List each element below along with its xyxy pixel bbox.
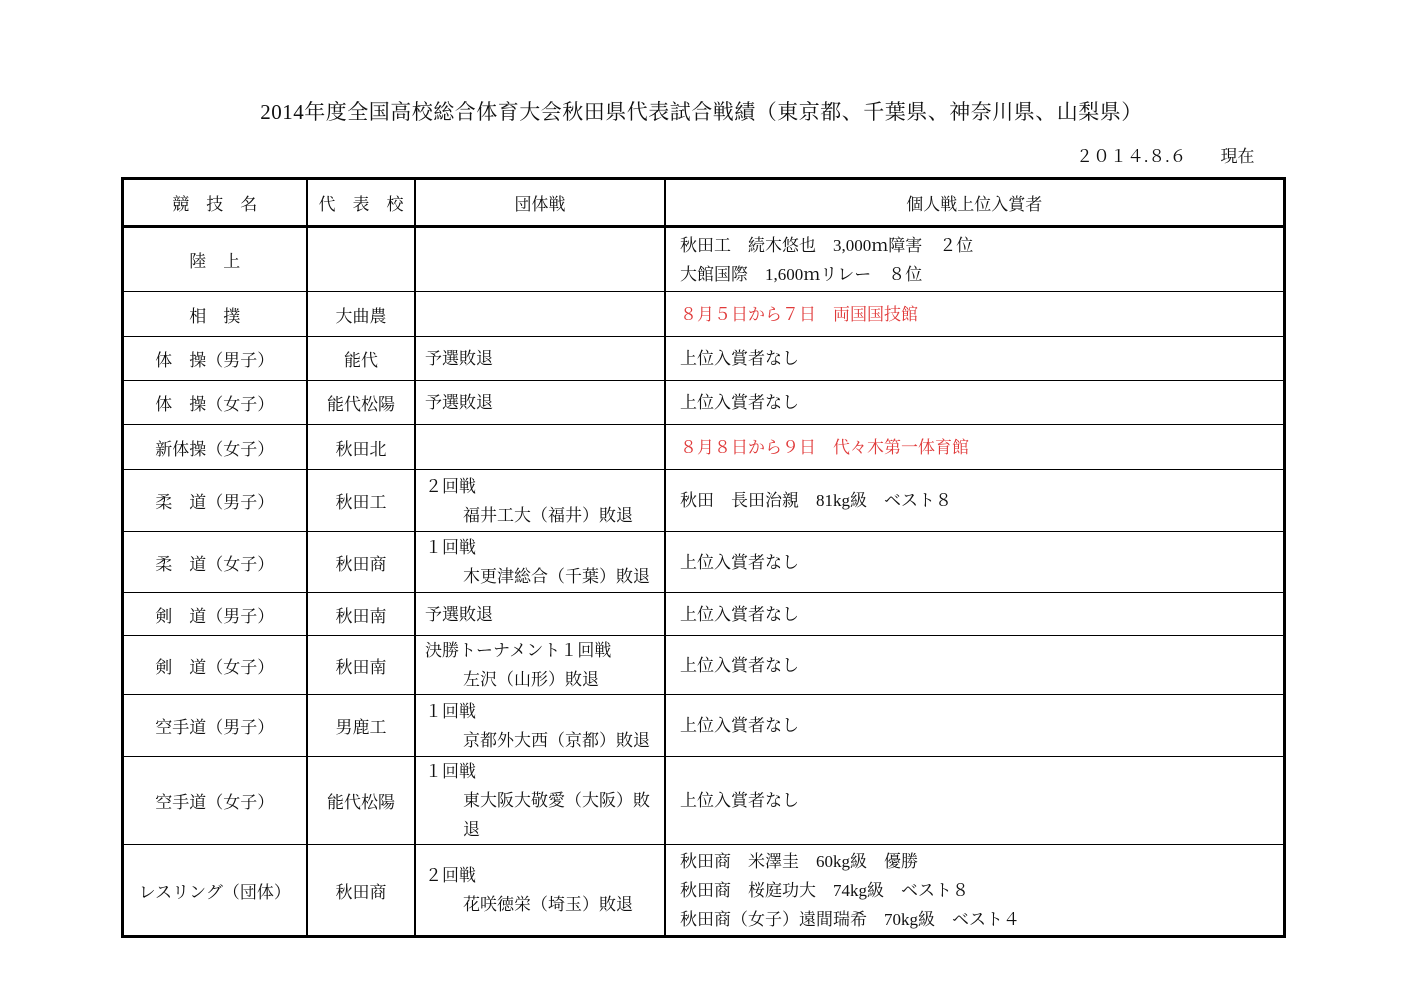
document-page: 2014年度全国高校総合体育大会秋田県代表試合戦績（東京都、千葉県、神奈川県、山… bbox=[0, 0, 1403, 992]
school-cell: 能代 bbox=[307, 337, 415, 381]
team-line: １回戦 bbox=[425, 757, 664, 786]
table-row: 体 操（男子） 能代 予選敗退 上位入賞者なし bbox=[122, 337, 1284, 381]
team-line: 花咲徳栄（埼玉）敗退 bbox=[425, 890, 664, 919]
school-cell: 秋田商 bbox=[307, 532, 415, 593]
school-cell bbox=[307, 227, 415, 292]
table-header: 競 技 名 代 表 校 団体戦 個人戦上位入賞者 bbox=[122, 179, 1284, 227]
individual-line: 秋田商 桜庭功大 74kg級 ベスト８ bbox=[680, 876, 1283, 905]
individual-line: 秋田商（女子）遠間瑞希 70kg級 ベスト４ bbox=[680, 905, 1283, 934]
individual-line: 上位入賞者なし bbox=[680, 548, 1283, 577]
sport-cell: 相 撲 bbox=[122, 292, 307, 337]
sport-cell: レスリング（団体） bbox=[122, 845, 307, 937]
individual-line: 上位入賞者なし bbox=[680, 651, 1283, 680]
table-row: 柔 道（女子） 秋田商 １回戦 木更津総合（千葉）敗退 上位入賞者なし bbox=[122, 532, 1284, 593]
individual-line: 秋田 長田治親 81kg級 ベスト８ bbox=[680, 486, 1283, 515]
sport-cell: 体 操（男子） bbox=[122, 337, 307, 381]
individual-line: 秋田商 米澤圭 60kg級 優勝 bbox=[680, 847, 1283, 876]
individual-line: ８月８日から９日 代々木第一体育館 bbox=[680, 433, 1283, 462]
team-line: 木更津総合（千葉）敗退 bbox=[425, 562, 664, 591]
team-line: 京都外大西（京都）敗退 bbox=[425, 726, 664, 755]
sport-cell: 柔 道（男子） bbox=[122, 470, 307, 532]
sport-cell: 空手道（男子） bbox=[122, 695, 307, 757]
as-of-date: ２０１４.８.６ 現在 bbox=[121, 142, 1283, 167]
team-cell: 決勝トーナメント１回戦 左沢（山形）敗退 bbox=[415, 636, 665, 695]
individual-cell: 秋田商 米澤圭 60kg級 優勝 秋田商 桜庭功大 74kg級 ベスト８ 秋田商… bbox=[665, 845, 1284, 937]
results-table: 競 技 名 代 表 校 団体戦 個人戦上位入賞者 陸 上 秋田工 続木悠也 3,… bbox=[121, 177, 1286, 938]
school-cell: 能代松陽 bbox=[307, 381, 415, 425]
individual-cell: 秋田 長田治親 81kg級 ベスト８ bbox=[665, 470, 1284, 532]
team-line: 福井工大（福井）敗退 bbox=[425, 501, 664, 530]
team-cell bbox=[415, 292, 665, 337]
individual-line: 秋田工 続木悠也 3,000ｍ障害 ２位 bbox=[680, 231, 1283, 260]
sport-cell: 空手道（女子） bbox=[122, 757, 307, 845]
table-row: 空手道（女子） 能代松陽 １回戦 東大阪大敬愛（大阪）敗退 上位入賞者なし bbox=[122, 757, 1284, 845]
table-row: 新体操（女子） 秋田北 ８月８日から９日 代々木第一体育館 bbox=[122, 425, 1284, 470]
team-line: 予選敗退 bbox=[425, 388, 664, 417]
team-line: １回戦 bbox=[425, 697, 664, 726]
school-cell: 男鹿工 bbox=[307, 695, 415, 757]
team-line: 決勝トーナメント１回戦 bbox=[425, 636, 664, 665]
team-line: ２回戦 bbox=[425, 472, 664, 501]
individual-cell: 上位入賞者なし bbox=[665, 337, 1284, 381]
individual-cell: 秋田工 続木悠也 3,000ｍ障害 ２位 大館国際 1,600ｍリレー ８位 bbox=[665, 227, 1284, 292]
individual-cell: 上位入賞者なし bbox=[665, 695, 1284, 757]
header-team-result: 団体戦 bbox=[415, 179, 665, 227]
individual-cell: 上位入賞者なし bbox=[665, 636, 1284, 695]
individual-line: 上位入賞者なし bbox=[680, 786, 1283, 815]
individual-line: 上位入賞者なし bbox=[680, 344, 1283, 373]
sport-cell: 新体操（女子） bbox=[122, 425, 307, 470]
school-cell: 秋田北 bbox=[307, 425, 415, 470]
school-cell: 大曲農 bbox=[307, 292, 415, 337]
sport-cell: 体 操（女子） bbox=[122, 381, 307, 425]
sport-cell: 剣 道（女子） bbox=[122, 636, 307, 695]
school-cell: 秋田商 bbox=[307, 845, 415, 937]
table-row: 柔 道（男子） 秋田工 ２回戦 福井工大（福井）敗退 秋田 長田治親 81kg級… bbox=[122, 470, 1284, 532]
team-cell: 予選敗退 bbox=[415, 381, 665, 425]
individual-cell: 上位入賞者なし bbox=[665, 757, 1284, 845]
team-line: 予選敗退 bbox=[425, 344, 664, 373]
individual-cell: 上位入賞者なし bbox=[665, 593, 1284, 636]
sport-cell: 柔 道（女子） bbox=[122, 532, 307, 593]
team-cell: ２回戦 花咲徳栄（埼玉）敗退 bbox=[415, 845, 665, 937]
sport-cell: 陸 上 bbox=[122, 227, 307, 292]
sport-cell: 剣 道（男子） bbox=[122, 593, 307, 636]
table-row: 剣 道（男子） 秋田南 予選敗退 上位入賞者なし bbox=[122, 593, 1284, 636]
team-cell: ２回戦 福井工大（福井）敗退 bbox=[415, 470, 665, 532]
team-line: ２回戦 bbox=[425, 861, 664, 890]
school-cell: 能代松陽 bbox=[307, 757, 415, 845]
team-line: 東大阪大敬愛（大阪）敗退 bbox=[425, 786, 664, 844]
individual-line: 上位入賞者なし bbox=[680, 388, 1283, 417]
page-title: 2014年度全国高校総合体育大会秋田県代表試合戦績（東京都、千葉県、神奈川県、山… bbox=[121, 96, 1283, 126]
school-cell: 秋田工 bbox=[307, 470, 415, 532]
team-cell: 予選敗退 bbox=[415, 593, 665, 636]
team-line: 予選敗退 bbox=[425, 600, 664, 629]
individual-line: 上位入賞者なし bbox=[680, 600, 1283, 629]
individual-cell: 上位入賞者なし bbox=[665, 381, 1284, 425]
table-row: 相 撲 大曲農 ８月５日から７日 両国国技館 bbox=[122, 292, 1284, 337]
header-school: 代 表 校 bbox=[307, 179, 415, 227]
individual-line: 上位入賞者なし bbox=[680, 711, 1283, 740]
school-cell: 秋田南 bbox=[307, 593, 415, 636]
individual-cell: ８月８日から９日 代々木第一体育館 bbox=[665, 425, 1284, 470]
table-row: 体 操（女子） 能代松陽 予選敗退 上位入賞者なし bbox=[122, 381, 1284, 425]
header-individual-result: 個人戦上位入賞者 bbox=[665, 179, 1284, 227]
table-row: レスリング（団体） 秋田商 ２回戦 花咲徳栄（埼玉）敗退 秋田商 米澤圭 60k… bbox=[122, 845, 1284, 937]
table-row: 空手道（男子） 男鹿工 １回戦 京都外大西（京都）敗退 上位入賞者なし bbox=[122, 695, 1284, 757]
school-cell: 秋田南 bbox=[307, 636, 415, 695]
header-sport: 競 技 名 bbox=[122, 179, 307, 227]
table-row: 剣 道（女子） 秋田南 決勝トーナメント１回戦 左沢（山形）敗退 上位入賞者なし bbox=[122, 636, 1284, 695]
team-cell: １回戦 木更津総合（千葉）敗退 bbox=[415, 532, 665, 593]
document-body: 2014年度全国高校総合体育大会秋田県代表試合戦績（東京都、千葉県、神奈川県、山… bbox=[121, 0, 1283, 938]
team-cell: 予選敗退 bbox=[415, 337, 665, 381]
individual-cell: 上位入賞者なし bbox=[665, 532, 1284, 593]
individual-line: 大館国際 1,600ｍリレー ８位 bbox=[680, 260, 1283, 289]
team-line: １回戦 bbox=[425, 533, 664, 562]
team-cell: １回戦 京都外大西（京都）敗退 bbox=[415, 695, 665, 757]
team-line: 左沢（山形）敗退 bbox=[425, 665, 664, 694]
team-cell bbox=[415, 425, 665, 470]
team-cell bbox=[415, 227, 665, 292]
individual-line: ８月５日から７日 両国国技館 bbox=[680, 300, 1283, 329]
table-row: 陸 上 秋田工 続木悠也 3,000ｍ障害 ２位 大館国際 1,600ｍリレー … bbox=[122, 227, 1284, 292]
individual-cell: ８月５日から７日 両国国技館 bbox=[665, 292, 1284, 337]
team-cell: １回戦 東大阪大敬愛（大阪）敗退 bbox=[415, 757, 665, 845]
